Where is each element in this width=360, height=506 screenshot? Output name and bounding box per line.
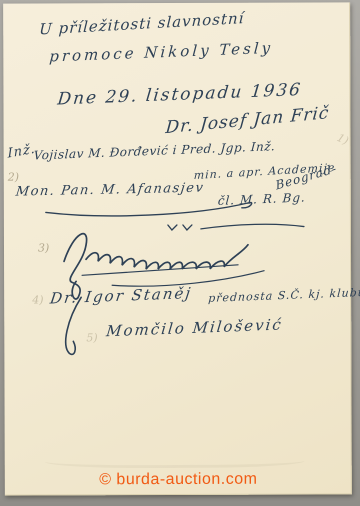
scanned-autograph-page: U příležitosti slavnostní promoce Nikoly…: [0, 0, 360, 506]
pencil-number-4: 4): [32, 293, 43, 306]
signature-milosevic: Momčilo Milošević: [105, 315, 283, 340]
pencil-number-2: 2): [8, 171, 19, 184]
pencil-number-3: 3): [38, 241, 49, 254]
signature-afanasjev: Mon. Pan. M. Afanasjev: [15, 181, 205, 200]
signature-djordjevic: Vojislav M. Đorđević i Pred. Jgp. Inž.: [33, 139, 276, 162]
pencil-number-1: 1): [335, 131, 351, 148]
inscription-line-2: promoce Nikoly Tesly: [49, 39, 274, 66]
verso-show-through: [45, 451, 305, 469]
signature-djordjevic-prefix: Inž.: [7, 141, 36, 161]
afanasjev-underline-flourish: [44, 200, 259, 221]
signature-fric: Dr. Josef Jan Frič: [165, 103, 330, 138]
pencil-number-5: 5): [86, 331, 97, 344]
inscription-line-1: U příležitosti slavnostní: [39, 9, 245, 39]
inscription-date: Dne 29. listopadu 1936: [56, 80, 303, 109]
paper-sheet: U příležitosti slavnostní promoce Nikoly…: [3, 2, 352, 495]
signature-descender-stroke: [59, 297, 89, 359]
watermark-text: © burda-auction.com: [5, 470, 352, 489]
